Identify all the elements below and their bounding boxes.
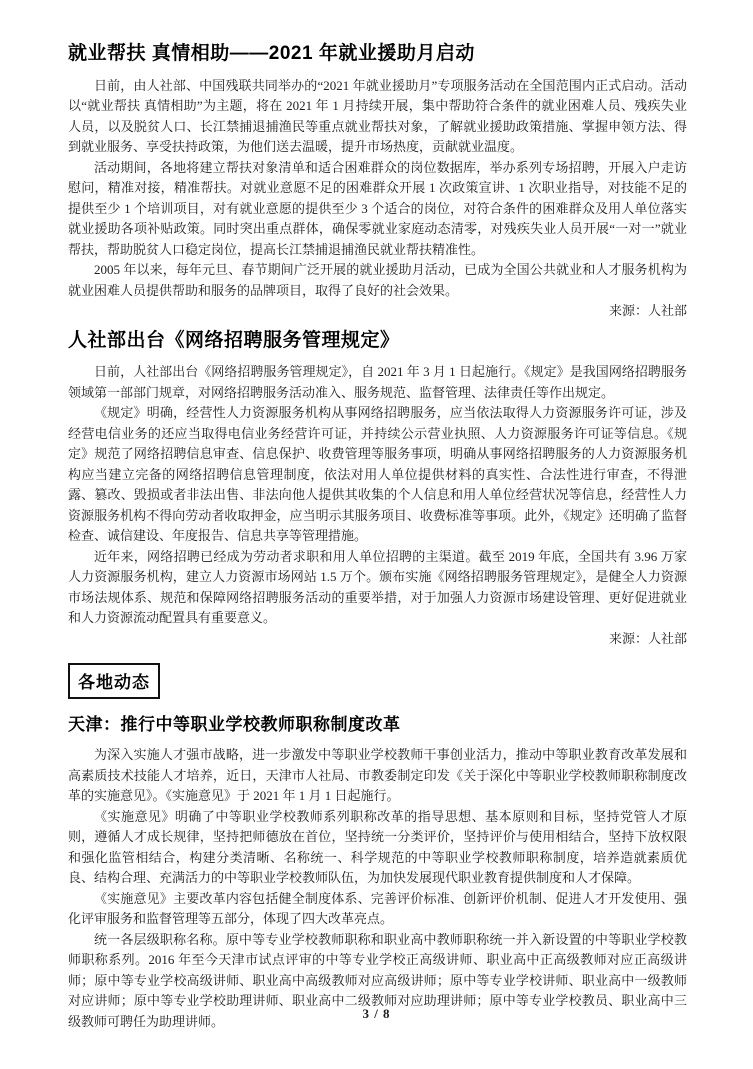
article1-paragraph-1: 日前，由人社部、中国残联共同举办的“2021 年就业援助月”专项服务活动在全国范…: [68, 76, 687, 158]
article1-paragraph-3: 2005 年以来，每年元旦、春节期间广泛开展的就业援助月活动，已成为全国公共就业…: [68, 260, 687, 301]
article2-title: 人社部出台《网络招聘服务管理规定》: [68, 329, 687, 354]
article3-paragraph-1: 为深入实施人才强市战略，进一步激发中等职业学校教师干事创业活力，推动中等职业教育…: [68, 745, 687, 807]
article2-paragraph-3: 近年来，网络招聘已经成为劳动者求职和用人单位招聘的主渠道。截至 2019 年底，…: [68, 547, 687, 629]
article3-paragraph-2: 《实施意见》明确了中等职业学校教师系列职称改革的指导思想、基本原则和目标，坚持党…: [68, 807, 687, 889]
article3-paragraph-3: 《实施意见》主要改革内容包括健全制度体系、完善评价标准、创新评价机制、促进人才开…: [68, 889, 687, 930]
article2-paragraph-2: 《规定》明确，经营性人力资源服务机构从事网络招聘服务，应当依法取得人力资源服务许…: [68, 403, 687, 547]
article2-paragraph-1: 日前，人社部出台《网络招聘服务管理规定》，自 2021 年 3 月 1 日起施行…: [68, 362, 687, 403]
page-number: 3 / 8: [0, 1006, 753, 1022]
article1-paragraph-2: 活动期间，各地将建立帮扶对象清单和适合困难群众的岗位数据库，举办系列专场招聘，开…: [68, 158, 687, 261]
article2-source: 来源：人社部: [68, 629, 687, 650]
article1-source: 来源：人社部: [68, 301, 687, 322]
section-header-local-news: 各地动态: [68, 663, 160, 699]
article3-title: 天津：推行中等职业学校教师职称制度改革: [68, 714, 687, 736]
article1-title: 就业帮扶 真情相助——2021 年就业援助月启动: [68, 42, 687, 67]
section-header-row: 各地动态: [68, 649, 687, 699]
document-page: 就业帮扶 真情相助——2021 年就业援助月启动 日前，由人社部、中国残联共同举…: [0, 0, 753, 1069]
